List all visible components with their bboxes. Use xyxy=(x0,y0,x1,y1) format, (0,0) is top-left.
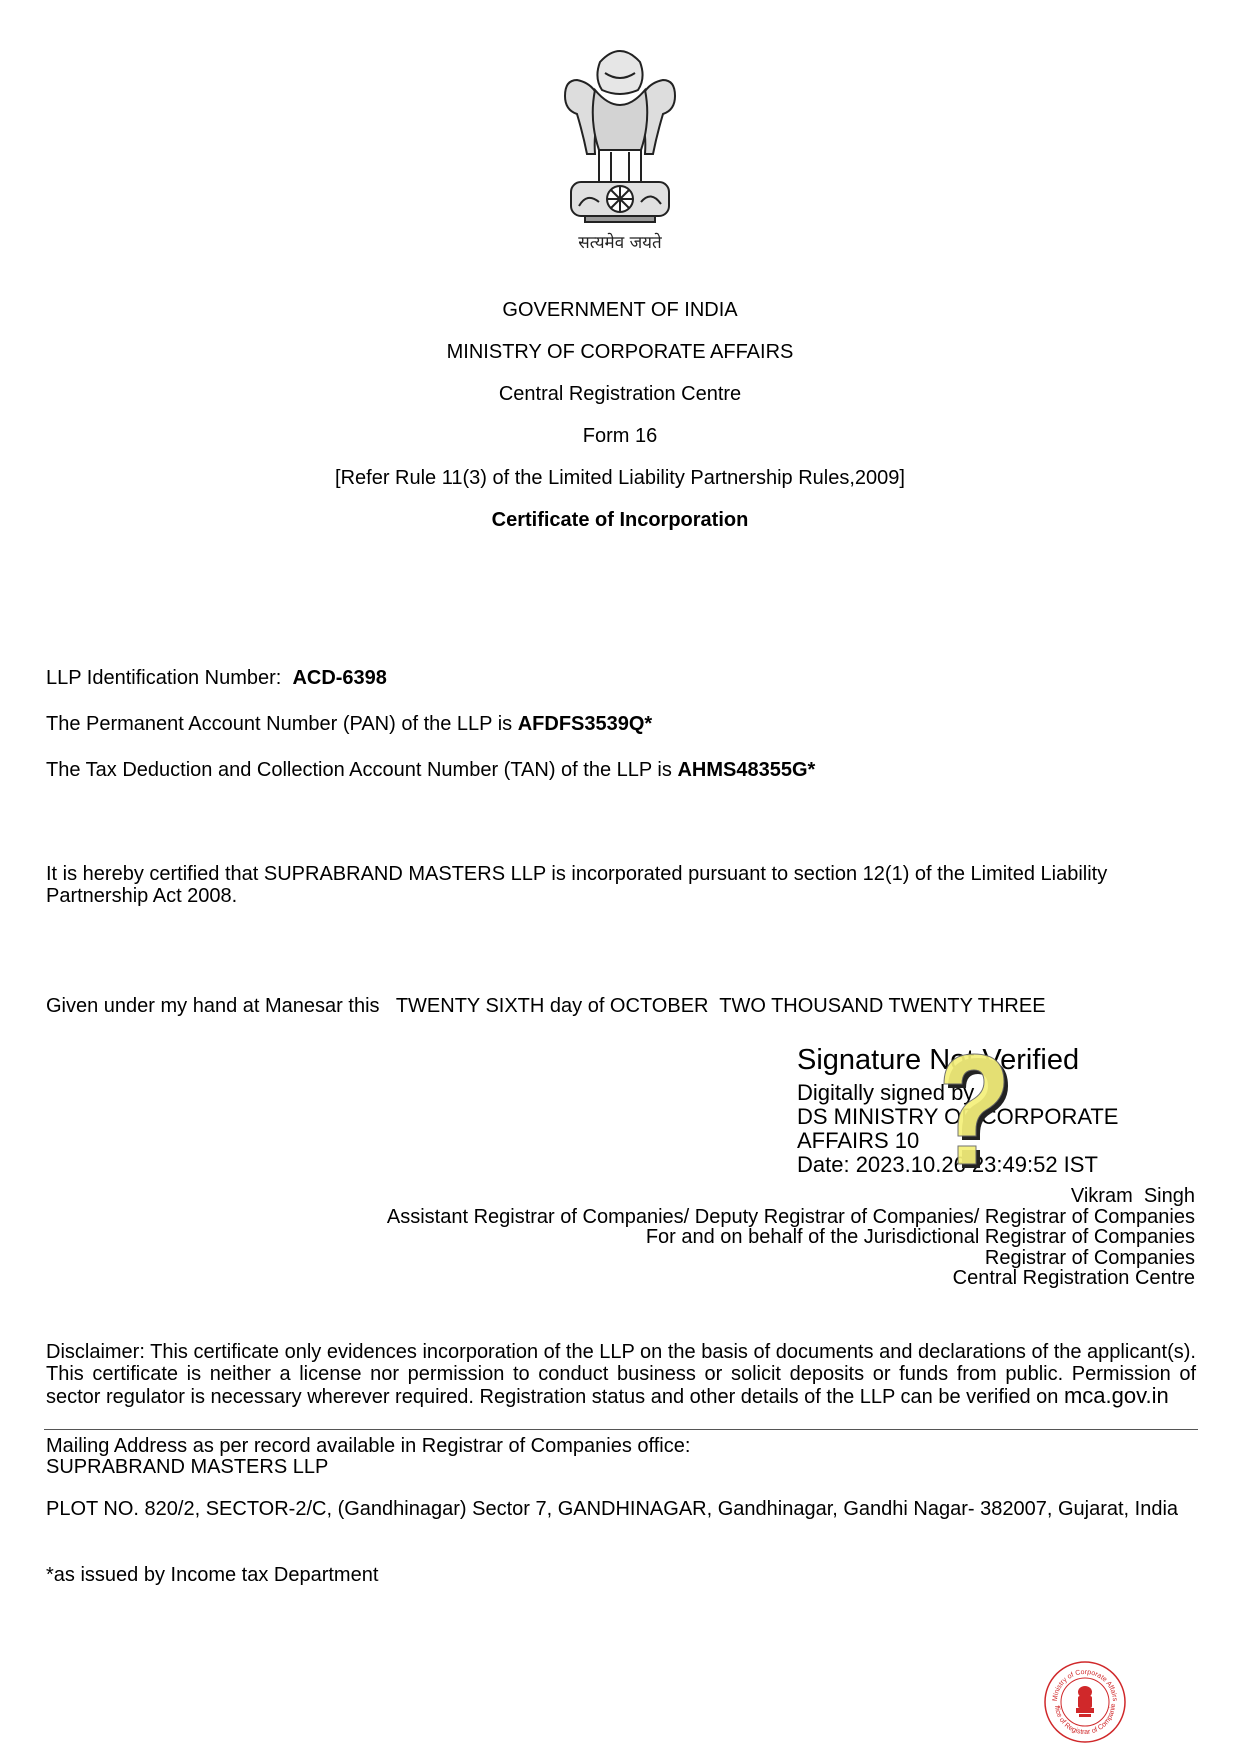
pan-value: AFDFS3539Q* xyxy=(518,713,653,735)
pan-label: The Permanent Account Number (PAN) of th… xyxy=(46,713,518,735)
pan-line: The Permanent Account Number (PAN) of th… xyxy=(46,713,652,735)
header-government: GOVERNMENT OF INDIA xyxy=(0,298,1240,322)
mailing-address: PLOT NO. 820/2, SECTOR-2/C, (Gandhinagar… xyxy=(46,1499,1196,1520)
mailing-address-header: Mailing Address as per record available … xyxy=(46,1436,690,1478)
registrar-seal: Ministry of Corporate Affairs Office of … xyxy=(1043,1660,1127,1744)
question-mark-icon xyxy=(930,1048,1010,1173)
given-under-hand-statement: Given under my hand at Manesar this TWEN… xyxy=(46,995,1046,1017)
registrar-of-companies-seal-icon: Ministry of Corporate Affairs Office of … xyxy=(1043,1660,1127,1744)
officer-office: Registrar of Companies xyxy=(387,1248,1195,1269)
tan-line: The Tax Deduction and Collection Account… xyxy=(46,759,815,781)
svg-text:सत्यमेव जयते: सत्यमेव जयते xyxy=(578,232,662,253)
tan-value: AHMS48355G* xyxy=(677,759,815,781)
national-emblem-lion-capital-icon: सत्यमेव जयते xyxy=(555,40,685,255)
certification-statement: It is hereby certified that SUPRABRAND M… xyxy=(46,863,1196,907)
llpin-value: ACD-6398 xyxy=(292,667,386,689)
header-ministry: MINISTRY OF CORPORATE AFFAIRS xyxy=(0,340,1240,364)
disclaimer: Disclaimer: This certificate only eviden… xyxy=(46,1342,1196,1409)
header-rule-reference: [Refer Rule 11(3) of the Limited Liabili… xyxy=(0,466,1240,490)
mailing-company-name: SUPRABRAND MASTERS LLP xyxy=(46,1457,690,1478)
header-registration-centre: Central Registration Centre xyxy=(0,382,1240,406)
document-title: Certificate of Incorporation xyxy=(0,508,1240,532)
llpin-label: LLP Identification Number: xyxy=(46,667,292,689)
signing-officer-block: Vikram Singh Assistant Registrar of Comp… xyxy=(387,1186,1195,1289)
officer-centre: Central Registration Centre xyxy=(387,1268,1195,1289)
mca-website-link[interactable]: mca.gov.in xyxy=(1064,1383,1169,1408)
national-emblem: सत्यमेव जयते xyxy=(555,40,685,255)
footnote: *as issued by Income tax Department xyxy=(46,1564,378,1586)
header-form-number: Form 16 xyxy=(0,424,1240,448)
disclaimer-text: Disclaimer: This certificate only eviden… xyxy=(46,1341,1196,1408)
divider xyxy=(44,1429,1198,1430)
tan-label: The Tax Deduction and Collection Account… xyxy=(46,759,677,781)
officer-designation: Assistant Registrar of Companies/ Deputy… xyxy=(387,1207,1195,1228)
officer-name: Vikram Singh xyxy=(387,1186,1195,1207)
officer-behalf: For and on behalf of the Jurisdictional … xyxy=(387,1227,1195,1248)
llpin-line: LLP Identification Number: ACD-6398 xyxy=(46,667,387,689)
mailing-label: Mailing Address as per record available … xyxy=(46,1436,690,1457)
